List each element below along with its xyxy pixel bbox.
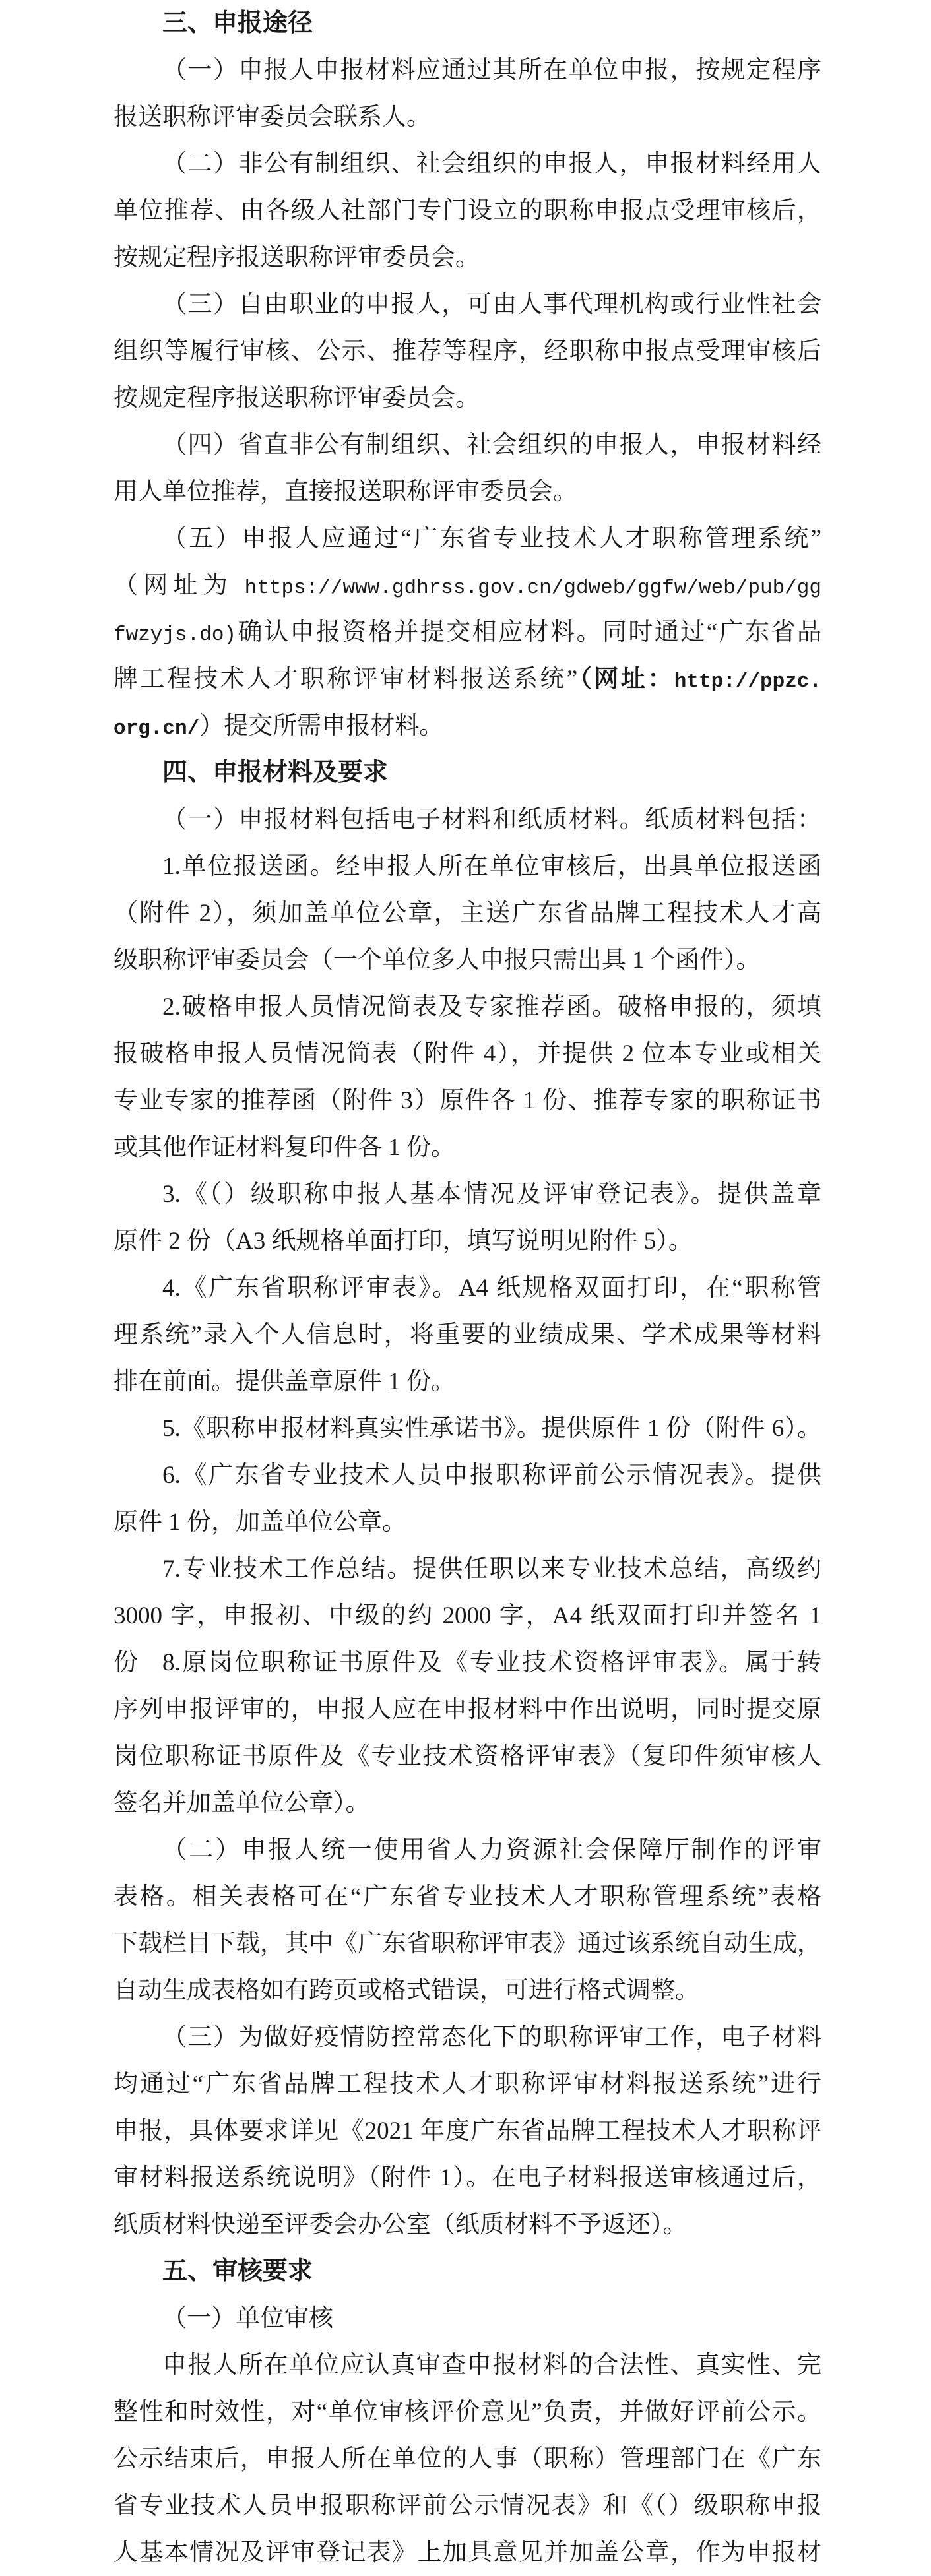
text-line: 单位推荐、由各级人社部门专门设立的职称申报点受理审核后， bbox=[113, 187, 821, 234]
text-segment: 5.《职称申报材料真实性承诺书》。提供原件 1 份（附件 6）。 bbox=[162, 1415, 821, 1442]
text-line: 牌工程技术人才职称评审材料报送系统”（网址：http://ppzc. bbox=[113, 656, 821, 703]
text-segment: 专业专家的推荐函（附件 3）原件各 1 份、推荐专家的职称证书 bbox=[113, 1087, 821, 1114]
text-segment: 确认申报资格并提交相应材料。同时通过“广东省品 bbox=[236, 619, 821, 646]
text-line: 2.破格申报人员情况简表及专家推荐函。破格申报的，须填 bbox=[113, 984, 821, 1030]
text-segment: 2.破格申报人员情况简表及专家推荐函。破格申报的，须填 bbox=[162, 993, 821, 1021]
text-line: 5.《职称申报材料真实性承诺书》。提供原件 1 份（附件 6）。 bbox=[113, 1405, 821, 1452]
text-segment: 排在前面。提供盖章原件 1 份。 bbox=[113, 1368, 455, 1395]
text-segment: 6.《广东省专业技术人员申报职称评前公示情况表》。提供 bbox=[162, 1462, 821, 1489]
text-segment: 原件 2 份（A3 纸规格单面打印，填写说明见附件 5）。 bbox=[113, 1228, 693, 1255]
text-segment: 公示结束后，申报人所在单位的人事（职称）管理部门在《广东 bbox=[113, 2445, 821, 2472]
text-segment: 表格。相关表格可在“广东省专业技术人才职称管理系统”表格 bbox=[113, 1883, 821, 1910]
section-heading: 五、审核要求 bbox=[113, 2248, 821, 2295]
text-segment: （网址： bbox=[577, 666, 674, 693]
text-line: 组织等履行审核、公示、推荐等程序，经职称申报点受理审核后 bbox=[113, 328, 821, 375]
text-segment: 8.原岗位职称证书原件及《专业技术资格评审表》。属于转 bbox=[162, 1649, 821, 1676]
text-segment: 人基本情况及评审登记表》上加具意见并加盖公章，作为申报材 bbox=[113, 2539, 821, 2566]
text-line: 8.原岗位职称证书原件及《专业技术资格评审表》。属于转 bbox=[113, 1639, 821, 1686]
section-heading: 三、申报途径 bbox=[113, 0, 821, 47]
text-segment: 序列申报评审的，申报人应在申报材料中作出说明，同时提交原 bbox=[113, 1696, 821, 1723]
text-line: 下载栏目下载，其中《广东省职称评审表》通过该系统自动生成， bbox=[113, 1920, 821, 1967]
text-line: 岗位职称证书原件及《专业技术资格评审表》（复印件须审核人 bbox=[113, 1733, 821, 1780]
text-line: 表格。相关表格可在“广东省专业技术人才职称管理系统”表格 bbox=[113, 1873, 821, 1920]
text-line: 整性和时效性，对“单位审核评价意见”负责，并做好评前公示。 bbox=[113, 2389, 821, 2435]
text-line: （二）申报人统一使用省人力资源社会保障厅制作的评审 bbox=[113, 1827, 821, 1873]
text-line: 申报人所在单位应认真审查申报材料的合法性、真实性、完 bbox=[113, 2342, 821, 2389]
text-segment: （三）自由职业的申报人，可由人事代理机构或行业性社会 bbox=[162, 291, 821, 318]
text-line: 理系统”录入个人信息时，将重要的业绩成果、学术成果等材料 bbox=[113, 1311, 821, 1358]
text-line: 申报，具体要求详见《2021 年度广东省品牌工程技术人才职称评 bbox=[113, 2108, 821, 2154]
text-segment: 3.《（）级职称申报人基本情况及评审登记表》。提供盖章 bbox=[162, 1181, 821, 1208]
text-line: （一）申报人申报材料应通过其所在单位申报，按规定程序 bbox=[113, 47, 821, 94]
text-line: 6.《广东省专业技术人员申报职称评前公示情况表》。提供 bbox=[113, 1452, 821, 1499]
text-segment: 用人单位推荐，直接报送职称评审委员会。 bbox=[113, 478, 577, 505]
text-segment: 报破格申报人员情况简表（附件 4），并提供 2 位本专业或相关 bbox=[113, 1040, 821, 1067]
text-segment: 纸质材料快递至评委会办公室（纸质材料不予返还）。 bbox=[113, 2211, 688, 2238]
text-line: fwzyjs.do)确认申报资格并提交相应材料。同时通过“广东省品 bbox=[113, 609, 821, 656]
text-line: 按规定程序报送职称评审委员会。 bbox=[113, 375, 821, 422]
text-segment: 原件 1 份，加盖单位公章。 bbox=[113, 1509, 406, 1536]
text-segment: 自动生成表格如有跨页或格式错误，可进行格式调整。 bbox=[113, 1977, 699, 2004]
text-segment: 组织等履行审核、公示、推荐等程序，经职称申报点受理审核后 bbox=[113, 338, 821, 365]
text-segment: （附件 2），须加盖单位公章，主送广东省品牌工程技术人才高 bbox=[113, 900, 821, 927]
text-segment: 申报，具体要求详见《2021 年度广东省品牌工程技术人才职称评 bbox=[113, 2118, 821, 2145]
text-segment: 按规定程序报送职称评审委员会。 bbox=[113, 385, 480, 412]
text-line: （四）省直非公有制组织、社会组织的申报人，申报材料经 bbox=[113, 422, 821, 468]
text-line: 审材料报送系统说明》（附件 1）。在电子材料报送审核通过后， bbox=[113, 2154, 821, 2201]
text-segment: 或其他作证材料复印件各 1 份。 bbox=[113, 1134, 455, 1161]
document-page: 三、申报途径（一）申报人申报材料应通过其所在单位申报，按规定程序报送职称评审委员… bbox=[0, 0, 931, 2576]
text-line: 报破格申报人员情况简表（附件 4），并提供 2 位本专业或相关 bbox=[113, 1030, 821, 1077]
text-line: （三）为做好疫情防控常态化下的职称评审工作，电子材料 bbox=[113, 2014, 821, 2061]
text-segment: 申报人所在单位应认真审查申报材料的合法性、真实性、完 bbox=[162, 2352, 821, 2379]
text-segment: ）提交所需申报材料。 bbox=[199, 712, 443, 739]
text-segment: 单位推荐、由各级人社部门专门设立的职称申报点受理审核后， bbox=[113, 197, 821, 224]
text-line: 或其他作证材料复印件各 1 份。 bbox=[113, 1124, 821, 1171]
text-line: 用人单位推荐，直接报送职称评审委员会。 bbox=[113, 468, 821, 515]
text-line: 自动生成表格如有跨页或格式错误，可进行格式调整。 bbox=[113, 1967, 821, 2014]
text-segment: http://ppzc. bbox=[674, 670, 821, 693]
text-segment: 报送职称评审委员会联系人。 bbox=[113, 104, 431, 131]
text-segment: （一）申报人申报材料应通过其所在单位申报，按规定程序 bbox=[162, 57, 821, 84]
text-segment: 级职称评审委员会（一个单位多人申报只需出具 1 个函件）。 bbox=[113, 947, 761, 974]
text-segment: 审材料报送系统说明》（附件 1）。在电子材料报送审核通过后， bbox=[113, 2164, 821, 2191]
text-segment: 岗位职称证书原件及《专业技术资格评审表》（复印件须审核人 bbox=[113, 1743, 821, 1770]
text-line: （一）申报材料包括电子材料和纸质材料。纸质材料包括： bbox=[113, 796, 821, 843]
text-segment: （一）单位审核 bbox=[162, 2305, 333, 2332]
text-segment: （二）申报人统一使用省人力资源社会保障厅制作的评审 bbox=[162, 1837, 821, 1864]
text-line: 原件 2 份（A3 纸规格单面打印，填写说明见附件 5）。 bbox=[113, 1218, 821, 1265]
text-segment: （五）申报人应通过“广东省专业技术人才职称管理系统” bbox=[162, 525, 821, 552]
text-segment: 签名并加盖单位公章）。 bbox=[113, 1790, 370, 1817]
text-segment: 7.专业技术工作总结。提供任职以来专业技术总结，高级约 bbox=[162, 1555, 821, 1583]
text-line: 签名并加盖单位公章）。 bbox=[113, 1780, 821, 1827]
text-line: 公示结束后，申报人所在单位的人事（职称）管理部门在《广东 bbox=[113, 2435, 821, 2482]
text-segment: 整性和时效性，对“单位审核评价意见”负责，并做好评前公示。 bbox=[113, 2399, 821, 2426]
text-line: 均通过“广东省品牌工程技术人才职称评审材料报送系统”进行 bbox=[113, 2061, 821, 2108]
text-line: 纸质材料快递至评委会办公室（纸质材料不予返还）。 bbox=[113, 2201, 821, 2248]
text-segment: https://www.gdhrss.gov.cn/gdweb/ggfw/web… bbox=[245, 577, 821, 600]
text-line: 序列申报评审的，申报人应在申报材料中作出说明，同时提交原 bbox=[113, 1686, 821, 1733]
text-segment: 1.单位报送函。经申报人所在单位审核后，出具单位报送函 bbox=[162, 853, 821, 880]
text-line: 报送职称评审委员会联系人。 bbox=[113, 94, 821, 141]
text-segment: org.cn/ bbox=[113, 717, 199, 740]
text-segment: （三）为做好疫情防控常态化下的职称评审工作，电子材料 bbox=[162, 2024, 821, 2051]
text-segment: 省专业技术人员申报职称评前公示情况表》和《（）级职称申报 bbox=[113, 2492, 821, 2519]
text-line: 原件 1 份，加盖单位公章。 bbox=[113, 1499, 821, 1546]
text-line: org.cn/）提交所需申报材料。 bbox=[113, 703, 821, 749]
text-line: 3000 字，申报初、中级的约 2000 字，A4 纸双面打印并签名 1 份。 bbox=[113, 1592, 821, 1639]
text-segment: （二）非公有制组织、社会组织的申报人，申报材料经用人 bbox=[162, 150, 821, 177]
text-segment: 下载栏目下载，其中《广东省职称评审表》通过该系统自动生成， bbox=[113, 1930, 821, 1957]
text-line: （五）申报人应通过“广东省专业技术人才职称管理系统” bbox=[113, 515, 821, 562]
text-segment: fwzyjs.do) bbox=[113, 623, 236, 646]
text-line: 省专业技术人员申报职称评前公示情况表》和《（）级职称申报 bbox=[113, 2482, 821, 2529]
text-line: （网址为 https://www.gdhrss.gov.cn/gdweb/ggf… bbox=[113, 562, 821, 609]
text-line: 7.专业技术工作总结。提供任职以来专业技术总结，高级约 bbox=[113, 1546, 821, 1592]
text-line: 3.《（）级职称申报人基本情况及评审登记表》。提供盖章 bbox=[113, 1171, 821, 1218]
text-line: （一）单位审核 bbox=[113, 2295, 821, 2342]
text-segment: （网址为 bbox=[113, 572, 245, 599]
text-line: （附件 2），须加盖单位公章，主送广东省品牌工程技术人才高 bbox=[113, 890, 821, 937]
text-line: 人基本情况及评审登记表》上加具意见并加盖公章，作为申报材 bbox=[113, 2529, 821, 2576]
text-line: （三）自由职业的申报人，可由人事代理机构或行业性社会 bbox=[113, 281, 821, 328]
text-line: 排在前面。提供盖章原件 1 份。 bbox=[113, 1358, 821, 1405]
text-segment: 牌工程技术人才职称评审材料报送系统” bbox=[113, 666, 577, 693]
text-line: （二）非公有制组织、社会组织的申报人，申报材料经用人 bbox=[113, 141, 821, 187]
text-line: 1.单位报送函。经申报人所在单位审核后，出具单位报送函 bbox=[113, 843, 821, 890]
text-segment: （四）省直非公有制组织、社会组织的申报人，申报材料经 bbox=[162, 431, 821, 458]
text-segment: （一）申报材料包括电子材料和纸质材料。纸质材料包括： bbox=[162, 806, 821, 833]
section-heading: 四、申报材料及要求 bbox=[113, 749, 821, 796]
text-segment: 4.《广东省职称评审表》。A4 纸规格双面打印，在“职称管 bbox=[162, 1274, 821, 1302]
text-line: 按规定程序报送职称评审委员会。 bbox=[113, 234, 821, 281]
text-line: 级职称评审委员会（一个单位多人申报只需出具 1 个函件）。 bbox=[113, 937, 821, 984]
text-segment: 理系统”录入个人信息时，将重要的业绩成果、学术成果等材料 bbox=[113, 1321, 821, 1348]
text-segment: 按规定程序报送职称评审委员会。 bbox=[113, 244, 480, 271]
text-segment: 均通过“广东省品牌工程技术人才职称评审材料报送系统”进行 bbox=[113, 2071, 821, 2098]
text-line: 专业专家的推荐函（附件 3）原件各 1 份、推荐专家的职称证书 bbox=[113, 1077, 821, 1124]
text-line: 4.《广东省职称评审表》。A4 纸规格双面打印，在“职称管 bbox=[113, 1265, 821, 1311]
